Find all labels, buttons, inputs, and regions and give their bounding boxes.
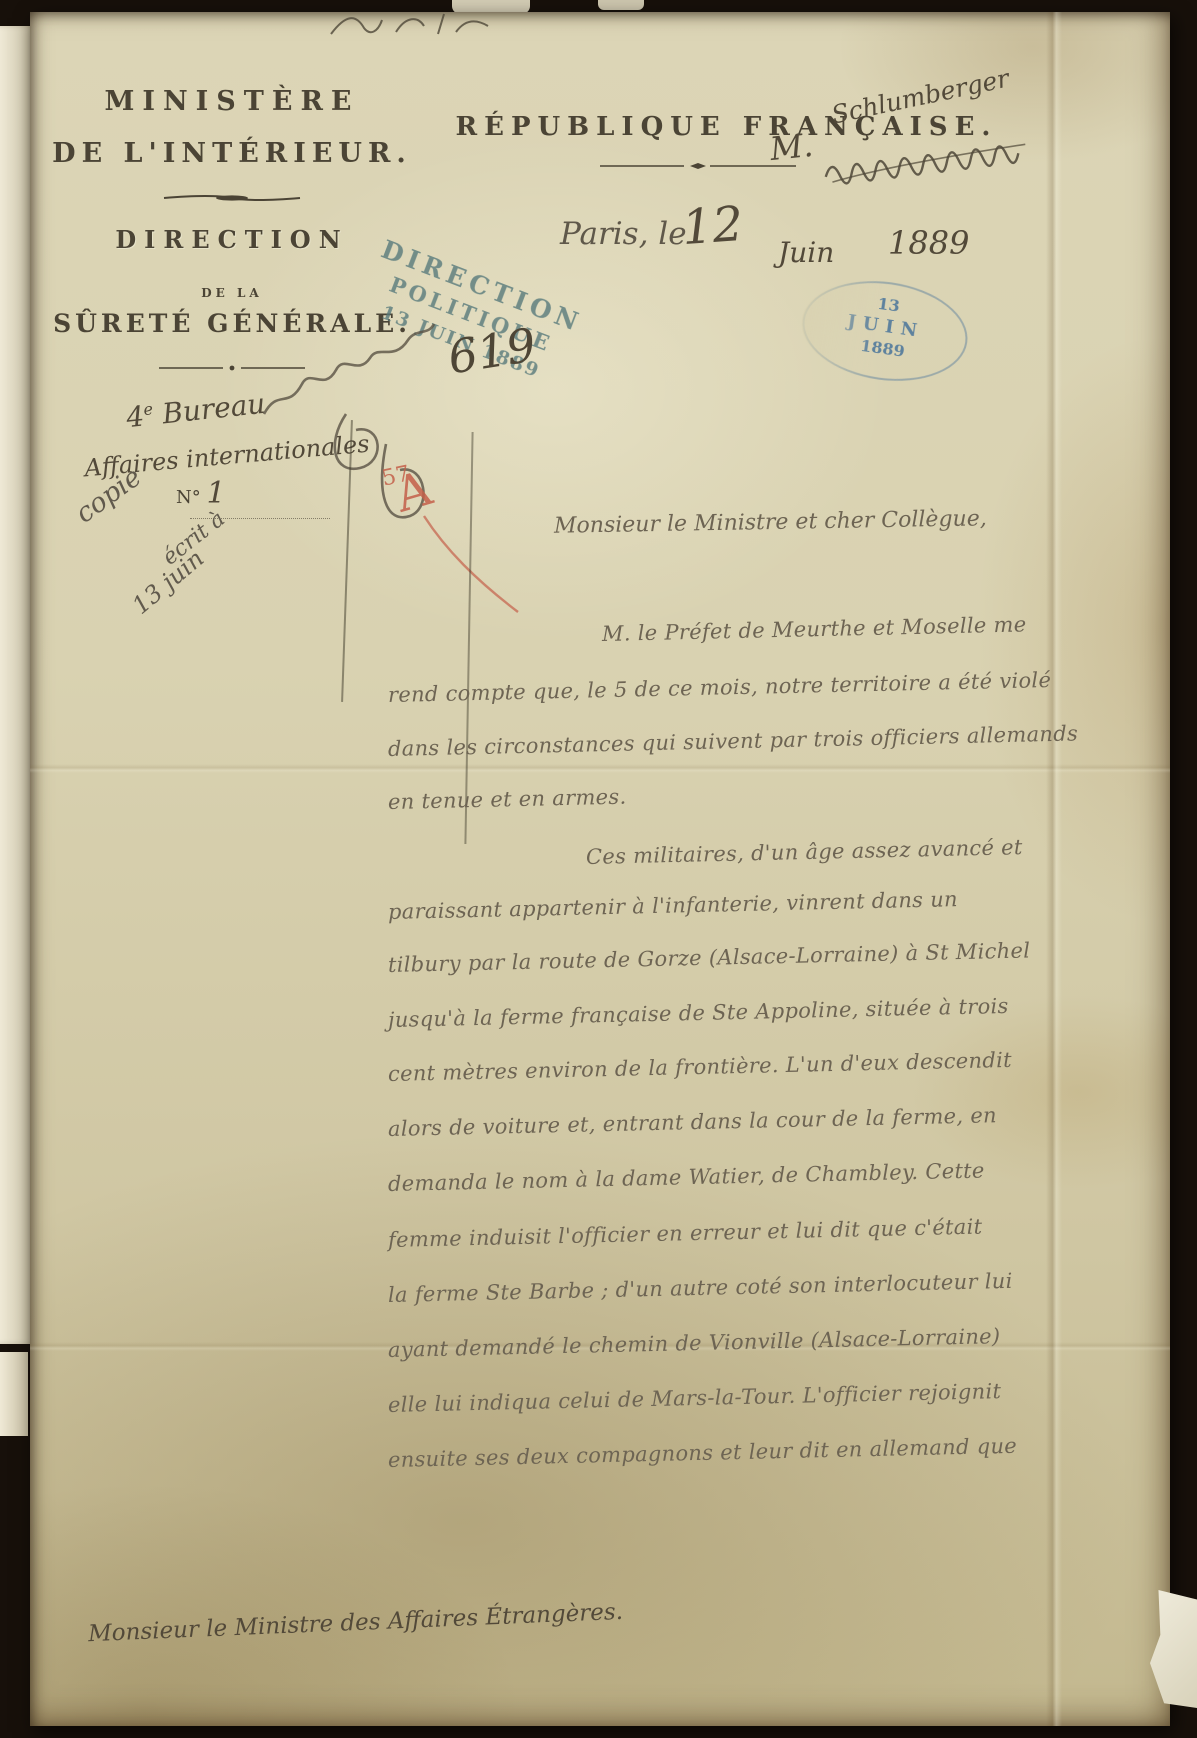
numero-value: 1 — [206, 476, 225, 511]
paper-fold-line — [1046, 12, 1062, 1726]
body-line: Ces militaires, d'un âge assez avancé et — [586, 835, 1023, 869]
ink-flourish — [326, 12, 496, 38]
oval-stamp-year: 1889 — [801, 328, 964, 369]
body-line: paraissant appartenir à l'infanterie, vi… — [388, 887, 958, 924]
top-sheet-fragment — [598, 0, 644, 10]
salutation: Monsieur le Ministre et cher Collègue, — [554, 506, 987, 539]
ink-stroke — [464, 432, 473, 844]
body-line: elle lui indiqua celui de Mars-la-Tour. … — [388, 1379, 1002, 1417]
letterhead-divider-icon — [162, 193, 302, 203]
body-line: cent mètres environ de la frontière. L'u… — [388, 1048, 1012, 1086]
body-line: en tenue et en armes. — [388, 785, 627, 814]
bureau-line: 4e Bureau — [125, 387, 267, 434]
body-line: ayant demandé le chemin de Vionville (Al… — [388, 1324, 1001, 1362]
body-line: rend compte que, le 5 de ce mois, notre … — [388, 668, 1052, 707]
letter-page: MINISTÈRE DE L'INTÉRIEUR. DIRECTION DE L… — [30, 12, 1170, 1726]
bureau-word: Bureau — [161, 387, 267, 431]
annotation-initial: M. — [768, 126, 815, 168]
bureau-ordinal-sup: e — [142, 399, 153, 419]
dateline-month: Juin — [778, 236, 834, 269]
paper-crease — [30, 764, 1170, 773]
numero-line: N° 1 — [176, 476, 226, 511]
numero-label: N° — [176, 487, 201, 508]
ministry-name-line1: MINISTÈRE — [42, 86, 422, 117]
oval-stamp-day: 13 — [807, 284, 970, 325]
archive-photo-scene: MINISTÈRE DE L'INTÉRIEUR. DIRECTION DE L… — [0, 0, 1197, 1738]
body-line: demanda le nom à la dame Watier, de Cham… — [388, 1158, 985, 1196]
body-line: femme induisit l'officier en erreur et l… — [388, 1215, 983, 1252]
dateline-place: Paris, le — [560, 216, 687, 252]
dateline-day: 12 — [680, 196, 745, 256]
body-line: jusqu'à la ferme française de Ste Appoli… — [388, 994, 1009, 1032]
oval-stamp-month: JUIN — [804, 305, 967, 348]
body-line: tilbury par la route de Gorze (Alsace-Lo… — [388, 938, 1031, 977]
oval-date-stamp: 13 JUIN 1889 — [796, 271, 974, 391]
addressee-footer: Monsieur le Ministre des Affaires Étrang… — [88, 1599, 624, 1647]
body-line: M. le Préfet de Meurthe et Moselle me — [602, 612, 1027, 646]
ministry-name-line2: DE L'INTÉRIEUR. — [42, 138, 422, 169]
direction-heading: DIRECTION — [42, 225, 422, 254]
body-line: la ferme Ste Barbe ; d'un autre coté son… — [388, 1269, 1013, 1307]
body-line: ensuite ses deux compagnons et leur dit … — [388, 1434, 1018, 1472]
underlying-sheet-corner — [0, 1352, 28, 1436]
dateline-year: 1889 — [888, 224, 969, 262]
body-line: alors de voiture et, entrant dans la cou… — [388, 1103, 997, 1141]
body-line: dans les circonstances qui suivent par t… — [388, 721, 1079, 761]
republique-divider-icon — [598, 160, 798, 172]
